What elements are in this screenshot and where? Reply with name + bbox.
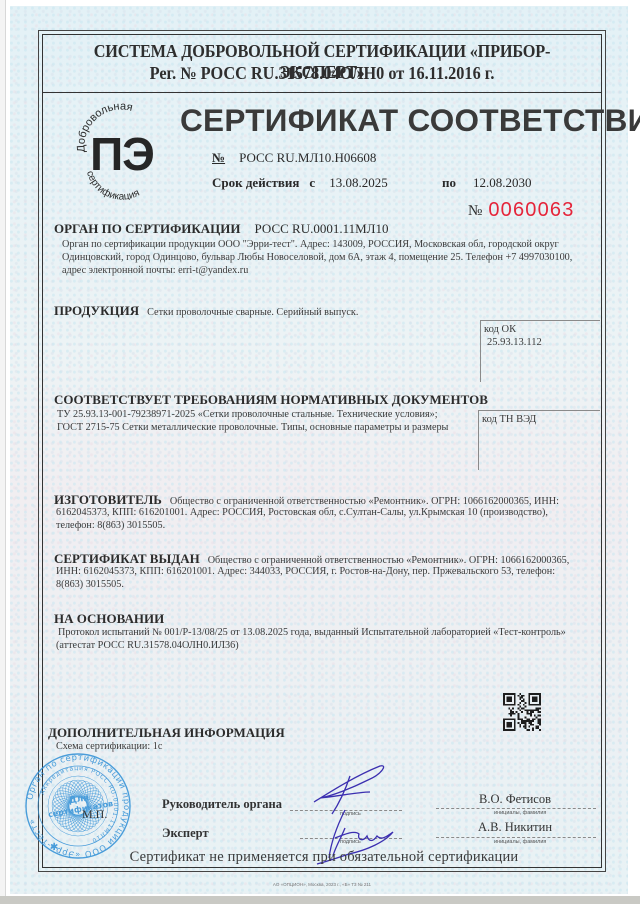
seal-place-label: М.П. xyxy=(82,807,107,822)
expert-name-line xyxy=(436,837,596,838)
expert-name: А.В. Никитин xyxy=(440,820,590,835)
validity-from-label: с xyxy=(309,175,315,190)
certification-body-line: Одинцовский, город Одинцово, бульвар Люб… xyxy=(62,251,607,264)
basis-details: Протокол испытаний № 001/Р-13/08/25 от 1… xyxy=(56,626,606,652)
expert-role-label: Эксперт xyxy=(162,826,209,841)
issued-to-line: 8(863) 3015505. xyxy=(56,578,606,591)
basis-line: (аттестат РОСС RU.31578.04ОЛН0.ИЛ36) xyxy=(56,639,606,652)
product-label: ПРОДУКЦИЯ xyxy=(54,303,139,318)
certification-body-line: адрес электронной почты: erri-t@yandex.r… xyxy=(62,264,607,277)
header-divider xyxy=(42,92,602,93)
valid-from: 13.08.2025 xyxy=(329,175,388,190)
tn-ved-code-box: код ТН ВЭД xyxy=(478,410,600,470)
issued-to-line: ИНН: 6162045373, КПП: 616201001. Адрес: … xyxy=(56,565,606,578)
tn-ved-label: код ТН ВЭД xyxy=(482,413,600,426)
product-description: Сетки проволочные сварные. Серийный выпу… xyxy=(147,307,358,318)
basis-line: Протокол испытаний № 001/Р-13/08/25 от 1… xyxy=(56,626,606,639)
basis-heading: НА ОСНОВАНИИ xyxy=(54,611,164,627)
certificate-title: СЕРТИФИКАТ СООТВЕТСТВИЯ xyxy=(180,102,590,139)
expert-name-caption: инициалы, фамилия xyxy=(494,839,546,845)
validity-row: Срок действияс13.08.2025 xyxy=(212,175,388,191)
viewer-bottom-edge xyxy=(0,896,640,904)
blank-number-label: № xyxy=(468,203,482,219)
compliance-document: ГОСТ 2715-75 Сетки металлические проволо… xyxy=(57,421,477,434)
head-name-line xyxy=(436,808,596,809)
certification-body-label: ОРГАН ПО СЕРТИФИКАЦИИ xyxy=(54,221,241,236)
compliance-heading: СООТВЕТСТВУЕТ ТРЕБОВАНИЯМ НОРМАТИВНЫХ ДО… xyxy=(54,392,488,408)
certificate-number: РОСС RU.МЛ10.Н06608 xyxy=(239,150,376,165)
system-registration: Рег. № РОСС RU.31578.04ОЛН0 от 16.11.201… xyxy=(62,63,583,84)
certification-body-heading: ОРГАН ПО СЕРТИФИКАЦИИРОСС RU.0001.11МЛ10 xyxy=(54,221,389,237)
blank-number: 0060063 xyxy=(488,199,574,221)
manufacturer-details: 6162045373, КПП: 616201001. Адрес: РОССИ… xyxy=(56,506,606,532)
compliance-documents: ТУ 25.93.13-001-79238971-2025 «Сетки про… xyxy=(57,408,477,434)
certification-body-details: Орган по сертификации продукции ООО "Эрр… xyxy=(62,238,607,277)
head-name: В.О. Фетисов xyxy=(440,792,590,807)
ok-code-label: код ОК xyxy=(484,323,600,336)
ok-code-value: 25.93.13.112 xyxy=(484,336,600,349)
head-role-label: Руководитель органа xyxy=(162,797,282,812)
valid-to: 12.08.2030 xyxy=(473,175,532,191)
official-stamp-icon: Орган по сертификации продукции ООО «Эрр… xyxy=(24,752,132,860)
additional-info-heading: ДОПОЛНИТЕЛЬНАЯ ИНФОРМАЦИЯ xyxy=(48,725,285,741)
head-name-caption: инициалы, фамилия xyxy=(494,810,546,816)
compliance-document: ТУ 25.93.13-001-79238971-2025 «Сетки про… xyxy=(57,408,477,421)
validity-to-label: по xyxy=(442,175,456,191)
disclaimer-text: Сертификат не применяется при обязательн… xyxy=(54,849,594,866)
issued-to-details: ИНН: 6162045373, КПП: 616201001. Адрес: … xyxy=(56,565,606,591)
certification-body-code: РОСС RU.0001.11МЛ10 xyxy=(255,221,389,236)
number-label: № xyxy=(212,150,225,165)
product-heading: ПРОДУКЦИЯСетки проволочные сварные. Сери… xyxy=(54,303,358,319)
printer-imprint: АО «ОПЦИОН», Москва, 2023 г., «Б» Т3 № 2… xyxy=(42,882,602,887)
manufacturer-line: телефон: 8(863) 3015505. xyxy=(56,519,606,532)
blank-number-row: №0060063 xyxy=(468,198,575,221)
logo-mark: ПЭ xyxy=(87,128,157,180)
viewer-left-edge xyxy=(0,0,6,904)
certificate-number-row: №РОСС RU.МЛ10.Н06608 xyxy=(212,150,376,166)
validity-label: Срок действия xyxy=(212,175,299,190)
manufacturer-line: 6162045373, КПП: 616201001. Адрес: РОССИ… xyxy=(56,506,606,519)
issued-to-label: СЕРТИФИКАТ ВЫДАН xyxy=(54,551,200,566)
manufacturer-label: ИЗГОТОВИТЕЛЬ xyxy=(54,492,162,507)
qr-code-icon xyxy=(503,693,541,731)
ok-code-box: код ОК 25.93.13.112 xyxy=(480,320,600,382)
certification-body-line: Орган по сертификации продукции ООО "Эрр… xyxy=(62,238,607,251)
